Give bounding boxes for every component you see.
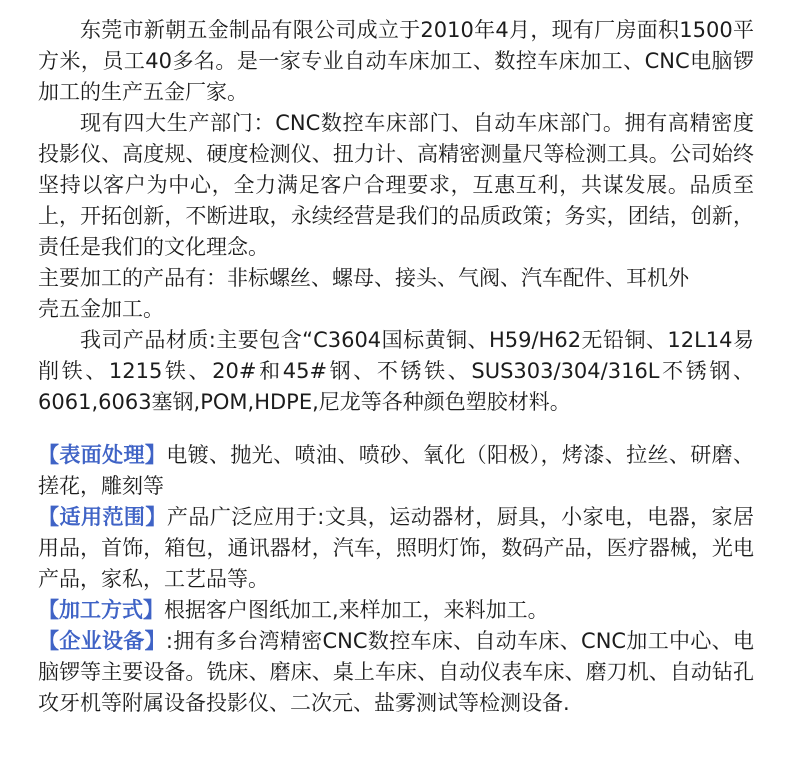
section-label-application-scope: 【适用范围】 bbox=[38, 505, 167, 529]
paragraph-company-intro: 东莞市新朝五金制品有限公司成立于2010年4月，现有厂房面积1500平方米，员工… bbox=[38, 15, 754, 108]
paragraph-main-products: 主要加工的产品有：非标螺丝、螺母、接头、气阀、汽车配件、耳机外 壳五金加工。 bbox=[38, 263, 754, 325]
section-processing-method: 【加工方式】根据客户图纸加工,来样加工，来料加工。 bbox=[38, 595, 754, 626]
company-profile-document: 东莞市新朝五金制品有限公司成立于2010年4月，现有厂房面积1500平方米，员工… bbox=[0, 0, 790, 778]
paragraph-materials: 我司产品材质:主要包含“C3604国标黄铜、H59/H62无铅铜、12L14易削… bbox=[38, 325, 754, 418]
section-application-scope: 【适用范围】产品广泛应用于:文具，运动器材，厨具，小家电，电器，家居用品，首饰，… bbox=[38, 502, 754, 595]
section-text-processing-method: 根据客户图纸加工,来样加工，来料加工。 bbox=[164, 598, 549, 622]
section-label-processing-method: 【加工方式】 bbox=[38, 598, 164, 622]
section-surface-treatment: 【表面处理】电镀、抛光、喷油、喷砂、氧化（阳极），烤漆、拉丝、研磨、搓花，雕刻等 bbox=[38, 440, 754, 502]
section-enterprise-equipment: 【企业设备】:拥有多台湾精密CNC数控车床、自动车床、CNC加工中心、电脑锣等主… bbox=[38, 626, 754, 719]
section-label-surface-treatment: 【表面处理】 bbox=[38, 443, 166, 467]
paragraph-departments-and-policy: 现有四大生产部门：CNC数控车床部门、自动车床部门。拥有高精密度投影仪、高度规、… bbox=[38, 108, 754, 263]
section-label-enterprise-equipment: 【企业设备】 bbox=[38, 629, 166, 653]
